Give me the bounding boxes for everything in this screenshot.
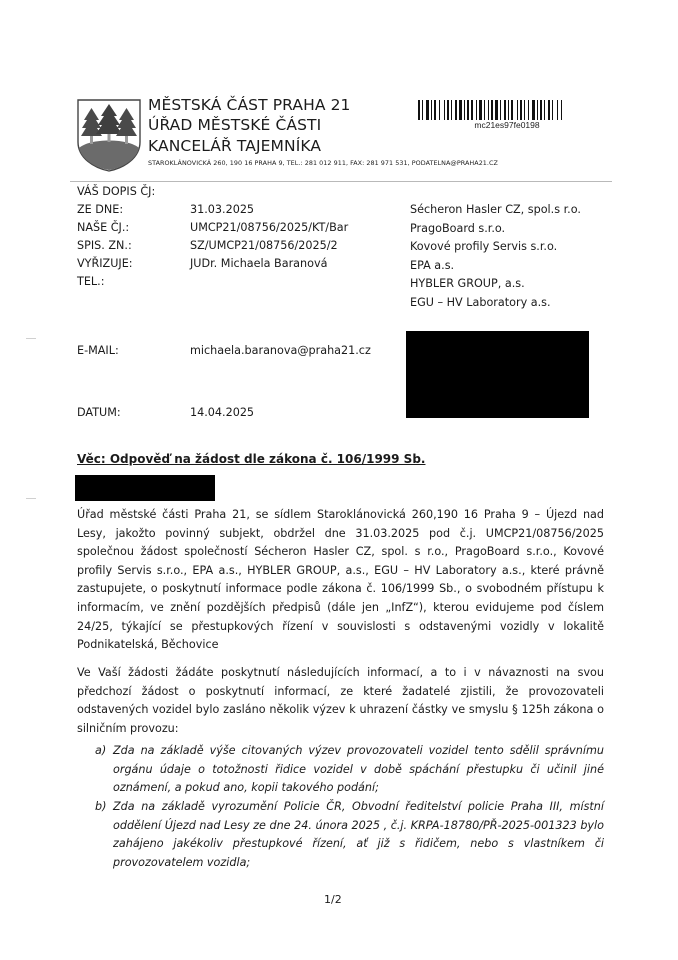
meta-value: JUDr. Michaela Baranová [190,257,327,271]
barcode [418,100,596,120]
request-item-a: a) Zda na základě výše citovaných výzev … [77,742,604,798]
meta-label: NAŠE ČJ.: [77,221,129,235]
meta-label: VÁŠ DOPIS ČJ: [77,185,155,199]
barcode-text: mc21es97fe0198 [418,120,596,130]
fold-mark [26,498,36,499]
recipient-line: Kovové profily Servis s.r.o. [410,240,557,254]
office-address: STAROKLÁNOVICKÁ 260, 190 16 PRAHA 9, TEL… [148,159,498,167]
meta-label: TEL.: [77,275,104,289]
recipient-line: HYBLER GROUP, a.s. [410,277,525,291]
meta-value: UMCP21/08756/2025/KT/Bar [190,221,348,235]
page-number: 1/2 [324,893,342,906]
meta-value: SZ/UMCP21/08756/2025/2 [190,239,338,253]
body-paragraph-2: Ve Vaší žádosti žádáte poskytnutí násled… [77,664,604,738]
meta-label: SPIS. ZN.: [77,239,132,253]
list-item-text: Zda na základě vyrozumění Policie ČR, Ob… [113,800,604,869]
redacted-salutation [75,475,215,501]
body-paragraph-1: Úřad městské části Praha 21, se sídlem S… [77,506,604,655]
fold-mark [26,338,36,339]
list-marker: b) [95,798,106,817]
subject-line: Věc: Odpověď na žádost dle zákona č. 106… [77,452,425,466]
meta-value: 31.03.2025 [190,203,254,217]
recipient-line: EPA a.s. [410,259,454,273]
header-divider [70,181,612,182]
list-marker: a) [95,742,106,761]
office-name-line2: ÚŘAD MĚSTSKÉ ČÁSTI [148,116,321,135]
coat-of-arms-trees-icon [76,98,142,172]
office-name-line3: KANCELÁŘ TAJEMNÍKA [148,137,321,156]
meta-label: ZE DNE: [77,203,123,217]
meta-label: DATUM: [77,406,121,420]
office-name-line1: MĚSTSKÁ ČÁST PRAHA 21 [148,96,351,115]
meta-label: E-MAIL: [77,344,119,358]
recipient-line: Sécheron Hasler CZ, spol.s r.o. [410,203,581,217]
meta-label: VYŘIZUJE: [77,257,133,271]
request-item-b: b) Zda na základě vyrozumění Policie ČR,… [77,798,604,872]
list-item-text: Zda na základě výše citovaných výzev pro… [113,744,604,794]
recipient-line: PragoBoard s.r.o. [410,222,505,236]
meta-value: 14.04.2025 [190,406,254,420]
recipient-line: EGU – HV Laboratory a.s. [410,296,551,310]
meta-value: michaela.baranova@praha21.cz [190,344,371,358]
redacted-address-block [406,331,589,418]
